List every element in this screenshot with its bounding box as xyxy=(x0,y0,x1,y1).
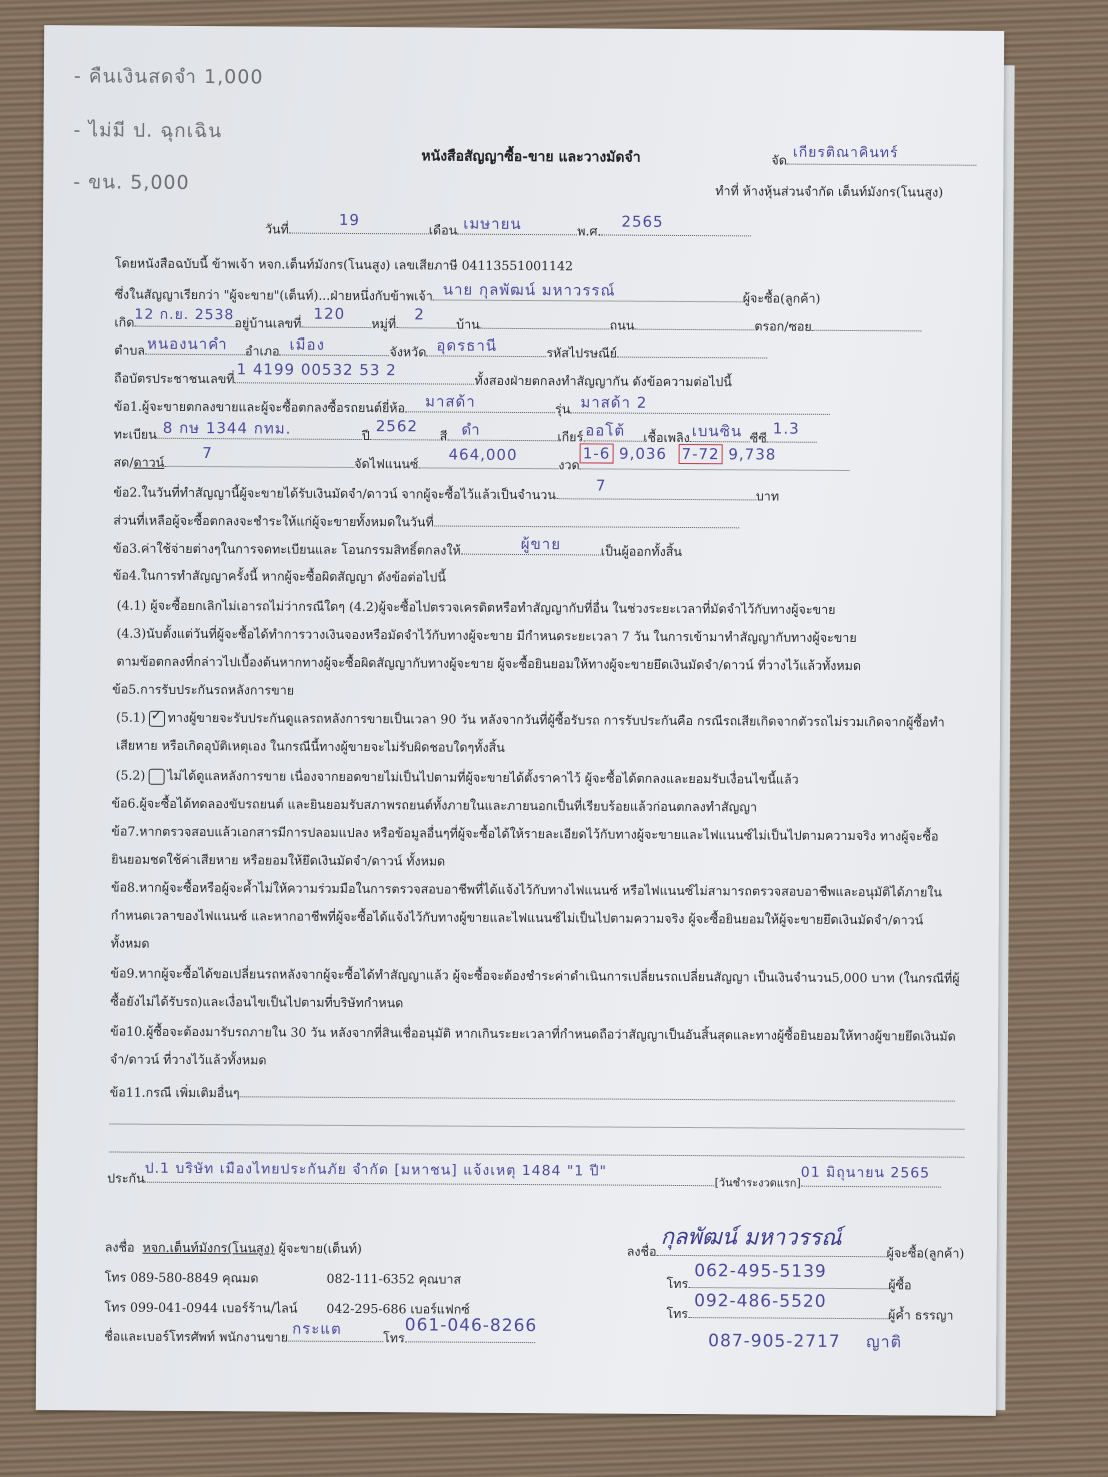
born-value: 12 ก.ย. 2538 xyxy=(134,304,234,327)
car-registration: 8 กษ 1344 กทม. xyxy=(163,416,292,441)
down-value: 7 xyxy=(202,444,213,462)
buyer-sign-label: ลงชื่อ xyxy=(627,1244,657,1259)
clause8-line: กำหนดเวลาของไฟแนนซ์ และหากอาชีพที่ผู้จะซ… xyxy=(111,906,924,931)
province-label: จังหวัด xyxy=(389,344,426,359)
insurance-line: ประกันป.1 บริษัท เมืองไทยประกันภัย จำกัด… xyxy=(107,1167,941,1193)
clause4-line: (4.3)นับตั้งแต่วันที่ผู้จะซื้อได้ทำการวา… xyxy=(116,624,856,649)
car-year-label: ปี xyxy=(362,428,370,443)
made-at: ทำที่ ห้างหุ้นส่วนจำกัด เต็นท์มังกร(โนนส… xyxy=(715,181,943,202)
year-label: พ.ศ. xyxy=(577,223,601,238)
option-5-2-label: (5.2) xyxy=(116,768,146,783)
first-payment-label: [วันชำระงวดแรก] xyxy=(715,1176,801,1190)
clause11-line: ข้อ11.กรณี เพิ่มเติมอื่นๆ xyxy=(110,1082,955,1108)
tambon-value: หนองนาคำ xyxy=(147,332,228,356)
clause3-text: ข้อ3.ค่าใช้จ่ายต่างๆในการจดทะเบียนและ โอ… xyxy=(113,541,461,558)
postal-label: รหัสไปรษณีย์ xyxy=(546,345,617,360)
warranty-option-1-cont: เสียหาย หรือเกิดอุบัติเหตุเอง ในกรณีนี้ท… xyxy=(116,736,505,758)
clause2-line: ข้อ2.ในวันที่ทำสัญญานี้ผู้จะขายได้รับเงิ… xyxy=(113,482,779,507)
id-label: ถือบัตรประชาชนเลขที่ xyxy=(114,371,235,387)
car-fuel: เบนซิน xyxy=(692,419,742,443)
option-5-1-label: (5.1) xyxy=(116,710,146,725)
warranty-option-1: (5.1)ทางผู้ขายจะรับประกันดูแลรถหลังการขา… xyxy=(116,708,945,733)
seller-sign-label: ลงชื่อ xyxy=(105,1239,135,1254)
gear-label: เกียร์ xyxy=(557,429,583,444)
fee-payer: ผู้ขาย xyxy=(521,532,561,556)
jad-label: จัด xyxy=(771,153,787,168)
buyer-role: ผู้จะซื้อ(ลูกค้า) xyxy=(886,1245,964,1260)
id-suffix: ทั้งสองฝ่ายตกลงทำสัญญากัน ดังข้อความต่อไ… xyxy=(474,373,731,390)
month-label: เดือน xyxy=(429,222,458,237)
id-line: ถือบัตรประชาชนเลขที่1 4199 00532 53 2ทั้… xyxy=(114,368,732,393)
moo-value: 2 xyxy=(414,305,425,323)
house-no-value: 120 xyxy=(313,305,345,323)
cc-label: ซีซี xyxy=(750,430,767,445)
soi-label: ตรอก/ซอย xyxy=(754,318,812,333)
model-label: รุ่น xyxy=(555,401,570,416)
margin-note: - ไม่มี ป. ฉุกเฉิน xyxy=(74,115,223,146)
clause11-label: ข้อ11.กรณี เพิ่มเติมอื่นๆ xyxy=(110,1085,240,1101)
seller-phone: โทร 099-041-0944 เบอร์ร้าน/ไลน์ xyxy=(104,1297,297,1318)
day-label: วันที่ xyxy=(265,221,289,236)
clause4-line: (4.1) ผู้จะซื้อยกเลิกไม่เอารถไม่ว่ากรณีใ… xyxy=(117,596,836,620)
clause3-line: ข้อ3.ค่าใช้จ่ายต่างๆในการจดทะเบียนและ โอ… xyxy=(113,538,682,562)
clause7-line: ข้อ7.หากตรวจสอบแล้วเอกสารมีการปลอมแปลง ห… xyxy=(111,822,938,847)
buyer-sign-line: ลงชื่อกุลพัฒน์ มหาวรรณ์ผู้จะซื้อ(ลูกค้า) xyxy=(627,1241,965,1264)
id-value: 1 4199 00532 53 2 xyxy=(237,360,397,379)
document-title: หนังสือสัญญาซื้อ-ขาย และวางมัดจำ xyxy=(421,145,640,168)
buyer-tel: 062-495-5139 xyxy=(694,1261,827,1282)
down-label: ดาวน์ xyxy=(133,455,164,470)
clause9-line: ข้อ9.หากผู้จะซื้อได้ขอเปลี่ยนรถหลังจากผู… xyxy=(110,964,959,989)
jad-value: เกียรติณาคินทร์ xyxy=(793,142,899,165)
amphoe-value: เมือง xyxy=(289,333,325,357)
clause2-remaining-text: ส่วนที่เหลือผู้จะซื้อตกลงจะชำระให้แก่ผู้… xyxy=(113,513,434,530)
clause1-finance-line: สด/ดาวน์7จัดไฟแนนซ์464,000งวด1-6 9,036 7… xyxy=(114,452,850,477)
buyer-signature: กุลพัฒน์ มหาวรรณ์ xyxy=(661,1219,842,1255)
guarantor-tel-line: โทร092-486-5520ผู้ค้ำ ธรรญา xyxy=(666,1303,953,1326)
tambon-label: ตำบล xyxy=(114,343,145,358)
margin-note: - ขน. 5,000 xyxy=(73,167,190,198)
installment-amount-2: 9,738 xyxy=(728,445,776,463)
guarantor-tel-label: โทร xyxy=(666,1306,688,1321)
seller-role: ผู้จะขาย(เต็นท์) xyxy=(279,1241,362,1257)
finance-label: จัดไฟแนนซ์ xyxy=(354,456,418,471)
no-warranty-checkbox[interactable] xyxy=(148,768,164,784)
buyer-intro-label: ซึ่งในสัญญาเรียกว่า "ผู้จะขาย"(เต็นท์)..… xyxy=(115,287,433,304)
sales-staff-label: ชื่อและเบอร์โทรศัพท์ พนักงานขาย xyxy=(104,1328,288,1344)
day-value: 19 xyxy=(339,211,360,229)
option-5-1-text: ทางผู้ขายจะรับประกันดูแลรถหลังการขายเป็น… xyxy=(168,710,945,730)
road-label: ถนน xyxy=(610,318,635,333)
buyer-tel-role: ผู้ซื้อ xyxy=(888,1277,911,1292)
clause9-line: ซื้อยังไม่ได้รับรถ)และเงื่อนไขเป็นไปตามท… xyxy=(110,992,403,1014)
installments: 1-6 9,036 7-72 9,738 xyxy=(580,444,777,463)
clause1-label: ข้อ1.ผู้จะขายตกลงขายและผู้จะซื้อตกลงซื้อ… xyxy=(114,399,405,416)
car-color: ดำ xyxy=(461,418,480,442)
reg-label: ทะเบียน xyxy=(114,427,157,442)
address-line: เกิด12 ก.ย. 2538อยู่บ้านเลขที่120หมู่ที่… xyxy=(114,312,921,338)
option-5-2-text: ไม่ได้ดูแลหลังการขาย เนื่องจากยอดขายไม่เ… xyxy=(167,768,798,787)
installment-range-1: 1-6 xyxy=(580,443,614,463)
clause6: ข้อ6.ผู้จะซื้อได้ทดลองขับรถยนต์ และยินยอ… xyxy=(111,794,757,818)
sales-staff-line: ชื่อและเบอร์โทรศัพท์ พนักงานขายกระแตโทร0… xyxy=(104,1325,535,1349)
fuel-label: เชื้อเพลิง xyxy=(643,430,690,445)
buyer-name: นาย กุลพัฒน์ มหาวรรณ์ xyxy=(443,278,616,303)
car-gear: ออโต้ xyxy=(585,418,625,442)
relative-tel: 087-905-2717 xyxy=(708,1331,841,1352)
blank-line xyxy=(110,1110,965,1134)
house-no-label: อยู่บ้านเลขที่ xyxy=(234,315,301,330)
installment-label: งวด xyxy=(558,457,579,472)
province-value: อุดรธานี xyxy=(436,333,497,357)
sales-staff-tel: 061-046-8266 xyxy=(405,1315,538,1336)
buyer-suffix: ผู้จะซื้อ(ลูกค้า) xyxy=(743,290,821,305)
guarantor-role: ผู้ค้ำ ธรรญา xyxy=(888,1307,953,1322)
installment-amount-1: 9,036 xyxy=(619,445,667,463)
clause2-remaining: ส่วนที่เหลือผู้จะซื้อตกลงจะชำระให้แก่ผู้… xyxy=(113,510,739,535)
date-line: วันที่19เดือนเมษายนพ.ศ.2565 xyxy=(265,218,752,242)
clause4-line: ตามข้อตกลงที่กล่าวไปเบื้องต้นหากทางผู้จะ… xyxy=(116,652,861,677)
finance-value: 464,000 xyxy=(448,446,517,464)
clause8-line: ข้อ8.หากผู้จะซื้อหรือผู้จะค้ำไม่ให้ความร… xyxy=(111,878,942,903)
clause3-suffix: เป็นผู้ออกทั้งสิ้น xyxy=(601,543,682,558)
buyer-tel-label: โทร xyxy=(667,1276,689,1291)
village-label: บ้าน xyxy=(456,317,480,332)
car-brand: มาสด้า xyxy=(425,389,476,413)
sales-staff-tel-label: โทร xyxy=(383,1330,405,1345)
seller-name: หจก.เต็นท์มังกร(โนนสูง) xyxy=(142,1240,274,1256)
jad-field: จัดเกียรติณาคินทร์ xyxy=(771,150,977,172)
installment-range-2: 7-72 xyxy=(678,444,722,464)
car-color-label: สี xyxy=(440,429,448,444)
insurance-value: ป.1 บริษัท เมืองไทยประกันภัย จำกัด [มหาช… xyxy=(145,1158,607,1183)
seller-sign-line: ลงชื่อ หจก.เต็นท์มังกร(โนนสูง) ผู้จะขาย(… xyxy=(105,1237,362,1259)
first-payment-date: 01 มิถุนายน 2565 xyxy=(801,1162,930,1185)
clause8-line: ทั้งหมด xyxy=(111,934,150,954)
sales-staff-name: กระแต xyxy=(292,1317,342,1341)
car-cc: 1.3 xyxy=(773,420,800,438)
clause7-line: ยินยอมชดใช้ค่าเสียหาย หรือยอมให้ยึดเงินม… xyxy=(111,850,445,872)
month-value: เมษายน xyxy=(463,212,522,236)
guarantor-tel: 092-486-5520 xyxy=(694,1291,827,1312)
seller-phone: 082-111-6352 คุณบาส xyxy=(327,1269,462,1290)
year-value: 2565 xyxy=(621,213,663,231)
location-line: ตำบลหนองนาคำอำเภอเมืองจังหวัดอุดรธานีรหั… xyxy=(114,340,767,365)
cash-label: สด/ xyxy=(114,455,134,470)
seller-phone: โทร 089-580-8849 คุณมด xyxy=(105,1267,259,1288)
car-year: 2562 xyxy=(376,417,418,435)
clause2-text: ข้อ2.ในวันที่ทำสัญญานี้ผู้จะขายได้รับเงิ… xyxy=(113,485,556,503)
insurance-label: ประกัน xyxy=(107,1170,145,1185)
clause10-line: ข้อ10.ผู้ซื้อจะต้องมารับรถภายใน 30 วัน ห… xyxy=(110,1022,956,1047)
clause4-title: ข้อ4.ในการทำสัญญาครั้งนี้ หากผู้จะซื้อผิ… xyxy=(113,566,446,588)
margin-note: - คืนเงินสดจำ 1,000 xyxy=(74,61,264,92)
clause10-line: จำ/ดาวน์ ที่วางไว้แล้วทั้งหมด xyxy=(110,1050,267,1071)
moo-label: หมู่ที่ xyxy=(371,316,396,331)
amphoe-label: อำเภอ xyxy=(245,343,280,358)
deposit-amount: 7 xyxy=(596,476,607,494)
relative-tel-line: 087-905-2717 ญาติ xyxy=(708,1329,902,1355)
clause5-title: ข้อ5.การรับประกันรถหลังการขาย xyxy=(112,680,294,701)
car-model: มาสด้า 2 xyxy=(580,390,647,414)
warranty-option-2: (5.2)ไม่ได้ดูแลหลังการขาย เนื่องจากยอดขา… xyxy=(116,766,799,790)
intro-line: โดยหนังสือฉบับนี้ ข้าพเจ้า หจก.เต็นท์มัง… xyxy=(115,254,573,277)
relative-role: ญาติ xyxy=(866,1332,902,1351)
currency-unit: บาท xyxy=(756,488,779,503)
warranty-90-day-checkbox[interactable] xyxy=(149,710,165,726)
contract-page: - คืนเงินสดจำ 1,000 - ไม่มี ป. ฉุกเฉิน -… xyxy=(36,25,1004,1416)
born-label: เกิด xyxy=(114,315,134,330)
